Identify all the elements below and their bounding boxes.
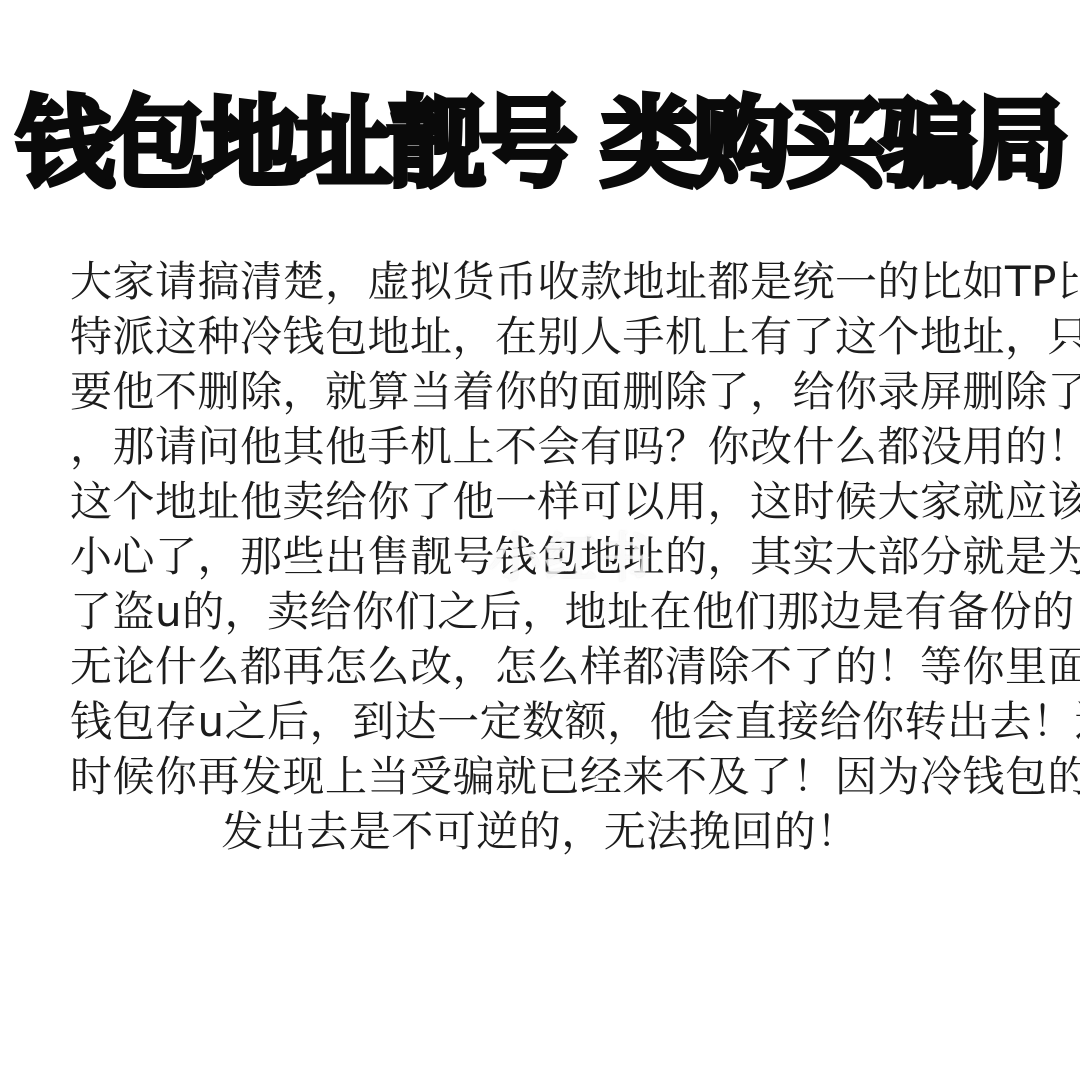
body-text-line: 时候你再发现上当受骗就已经来不及了！因为冷钱包的u [70, 749, 1010, 804]
body-text-line: 大家请搞清楚，虚拟货币收款地址都是统一的比如TP比 [70, 254, 1010, 309]
body-text-line: 钱包存u之后，到达一定数额，他会直接给你转出去！这 [70, 694, 1010, 749]
body-text-line: 无论什么都再怎么改，怎么样都清除不了的！等你里面 [70, 639, 1010, 694]
body-text-line: 这个地址他卖给你了他一样可以用，这时候大家就应该 [70, 474, 1010, 529]
body-text-line: 发出去是不可逆的，无法挽回的！ [70, 804, 1010, 859]
body-text-line: ，那请问他其他手机上不会有吗？你改什么都没用的！ [70, 419, 1010, 474]
body-text-line: 特派这种冷钱包地址，在别人手机上有了这个地址，只 [70, 309, 1010, 364]
body-text-line: 了盗u的，卖给你们之后，地址在他们那边是有备份的！ [70, 584, 1010, 639]
post-title: 钱包地址靓号 类购买骗局 [0, 0, 1080, 202]
body-text-line: 小心了，那些出售靓号钱包地址的，其实大部分就是为 [70, 529, 1010, 584]
post-image: 钱包地址靓号 类购买骗局 大家请搞清楚，虚拟货币收款地址都是统一的比如TP比特派… [0, 0, 1080, 1080]
post-body: 大家请搞清楚，虚拟货币收款地址都是统一的比如TP比特派这种冷钱包地址，在别人手机… [0, 254, 1080, 859]
body-text-line: 要他不删除，就算当着你的面删除了，给你录屏删除了 [70, 364, 1010, 419]
